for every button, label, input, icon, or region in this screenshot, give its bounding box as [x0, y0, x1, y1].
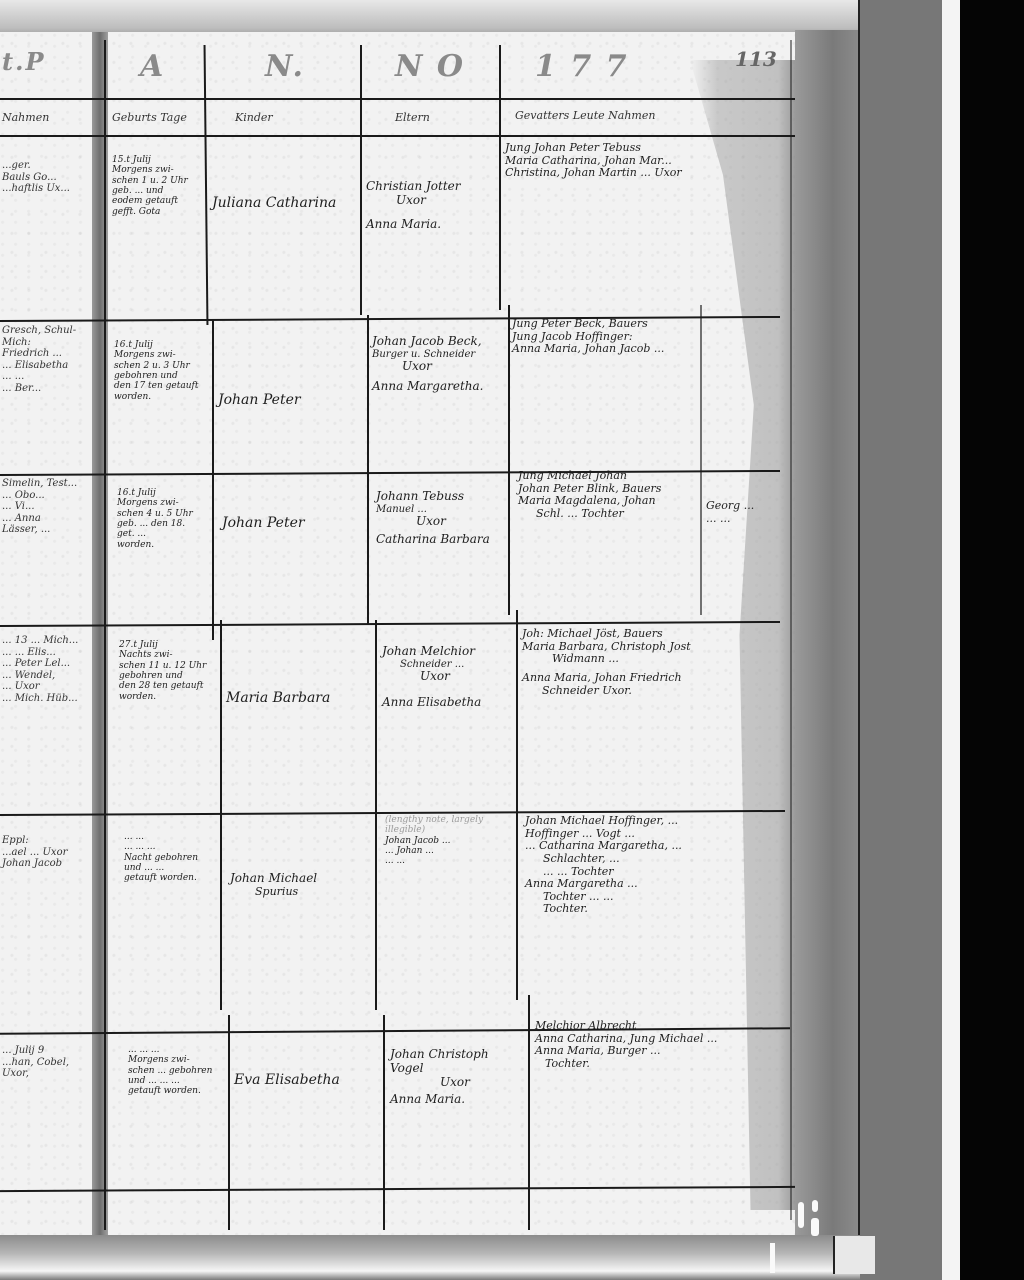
- scan-bottom-edge: [0, 1235, 860, 1280]
- row-rule: [0, 98, 795, 100]
- column-rule: [383, 1015, 385, 1230]
- header-year: 1 7 7: [535, 50, 629, 85]
- scan-artifact-mark: [811, 1218, 819, 1236]
- entry-4-margin-note: ... 13 ... Mich... ... ... Elis... ... P…: [2, 635, 90, 704]
- entry-6-child: Eva Elisabetha: [234, 1072, 379, 1088]
- scan-border-white: [942, 0, 960, 1280]
- entry-5-parents: (lengthy note, largely illegible) Johan …: [385, 815, 520, 867]
- entry-6-margin-note: ... Julij 9 ...han, Cobel, Uxor,: [2, 1045, 97, 1080]
- scan-border-black: [960, 0, 1024, 1280]
- column-header-date: Geburts Tage: [112, 112, 187, 125]
- entry-3-margin-note: Simelin, Test... ... Obo... ... Vi... ..…: [2, 478, 90, 536]
- header-anno-n: N.: [265, 50, 305, 85]
- entry-6-date: ... ... ... Morgens zwi- schen ... geboh…: [128, 1045, 226, 1097]
- entry-4-parents: Johan Melchior Schneider ... Uxor Anna E…: [382, 645, 514, 710]
- scan-artifact-mark: [770, 1243, 775, 1273]
- entry-2-godparents: Jung Peter Beck, Bauers Jung Jacob Hoffi…: [512, 318, 792, 356]
- entry-3-parents: Johann Tebuss Manuel ... Uxor Catharina …: [376, 490, 511, 547]
- entry-1-parents: Christian Jotter Uxor Anna Maria.: [366, 180, 496, 231]
- header-anno-no: N O: [395, 50, 465, 85]
- page-number: 113: [735, 48, 777, 71]
- column-rule: [375, 620, 377, 1010]
- scan-artifact-tab: [833, 1236, 875, 1274]
- column-rule: [508, 305, 510, 615]
- header-left-fragment: t.P: [2, 48, 46, 76]
- entry-3-child: Johan Peter: [222, 515, 367, 531]
- column-header-godparents: Gevatters Leute Nahmen: [515, 110, 655, 123]
- row-rule: [0, 135, 795, 137]
- entry-4-date: 27.t Julij Nachts zwi- schen 11 u. 12 Uh…: [119, 640, 219, 702]
- scan-artifact-mark: [798, 1202, 804, 1228]
- entry-6-parents: Johan Christoph Vogel Uxor Anna Maria.: [390, 1048, 525, 1107]
- entry-3-godparents: Jung Michael Johan Johan Peter Blink, Ba…: [518, 470, 698, 521]
- entry-1-godparents: Jung Johan Peter Tebuss Maria Catharina,…: [505, 142, 795, 180]
- column-header-margin: Nahmen: [2, 112, 49, 125]
- column-header-child: Kinder: [235, 112, 273, 125]
- entry-1-date: 15.t Julij Morgens zwi- schen 1 u. 2 Uhr…: [112, 155, 204, 217]
- entry-1-child: Juliana Catharina: [212, 195, 357, 211]
- scanner-bed: [858, 0, 944, 1280]
- entry-3-godparents-overflow: Georg ... ... ...: [706, 500, 786, 525]
- column-header-parents: Eltern: [395, 112, 430, 125]
- column-rule: [104, 40, 106, 1230]
- entry-4-godparents: Joh: Michael Jöst, Bauers Maria Barbara,…: [522, 628, 792, 697]
- entry-4-child: Maria Barbara: [226, 690, 371, 706]
- entry-2-child: Johan Peter: [218, 392, 363, 408]
- entry-2-date: 16.t Julij Morgens zwi- schen 2 u. 3 Uhr…: [114, 340, 209, 402]
- column-rule: [360, 45, 362, 315]
- entry-5-date: ... ... ... ... ... Nacht gebohren und .…: [124, 832, 222, 884]
- entry-5-child: Johan Michael Spurius: [230, 872, 375, 898]
- scan-artifact-mark: [812, 1200, 818, 1212]
- column-rule: [228, 1015, 230, 1230]
- column-rule: [220, 620, 222, 1010]
- entry-2-parents: Johan Jacob Beck, Burger u. Schneider Ux…: [372, 335, 504, 394]
- column-rule: [212, 320, 214, 640]
- header-anno-a: A: [140, 50, 165, 85]
- entry-1-margin-note: ...ger. Bauls Go... ...haftlis Ux...: [2, 160, 90, 195]
- entry-5-godparents: Johan Michael Hoffinger, ... Hoffinger .…: [525, 815, 790, 916]
- page-edge-shadow: [795, 30, 858, 1260]
- entry-2-margin-note: Gresch, Schul- Mich: Friedrich ... ... E…: [2, 325, 90, 394]
- column-rule: [499, 45, 501, 310]
- column-rule: [367, 315, 369, 625]
- entry-5-margin-note: Eppl: ...ael ... Uxor Johan Jacob: [2, 835, 97, 870]
- entry-3-date: 16.t Julij Morgens zwi- schen 4 u. 5 Uhr…: [117, 488, 212, 550]
- column-rule: [516, 610, 518, 1000]
- entry-6-godparents: Melchior Albrecht Anna Catharina, Jung M…: [535, 1020, 785, 1071]
